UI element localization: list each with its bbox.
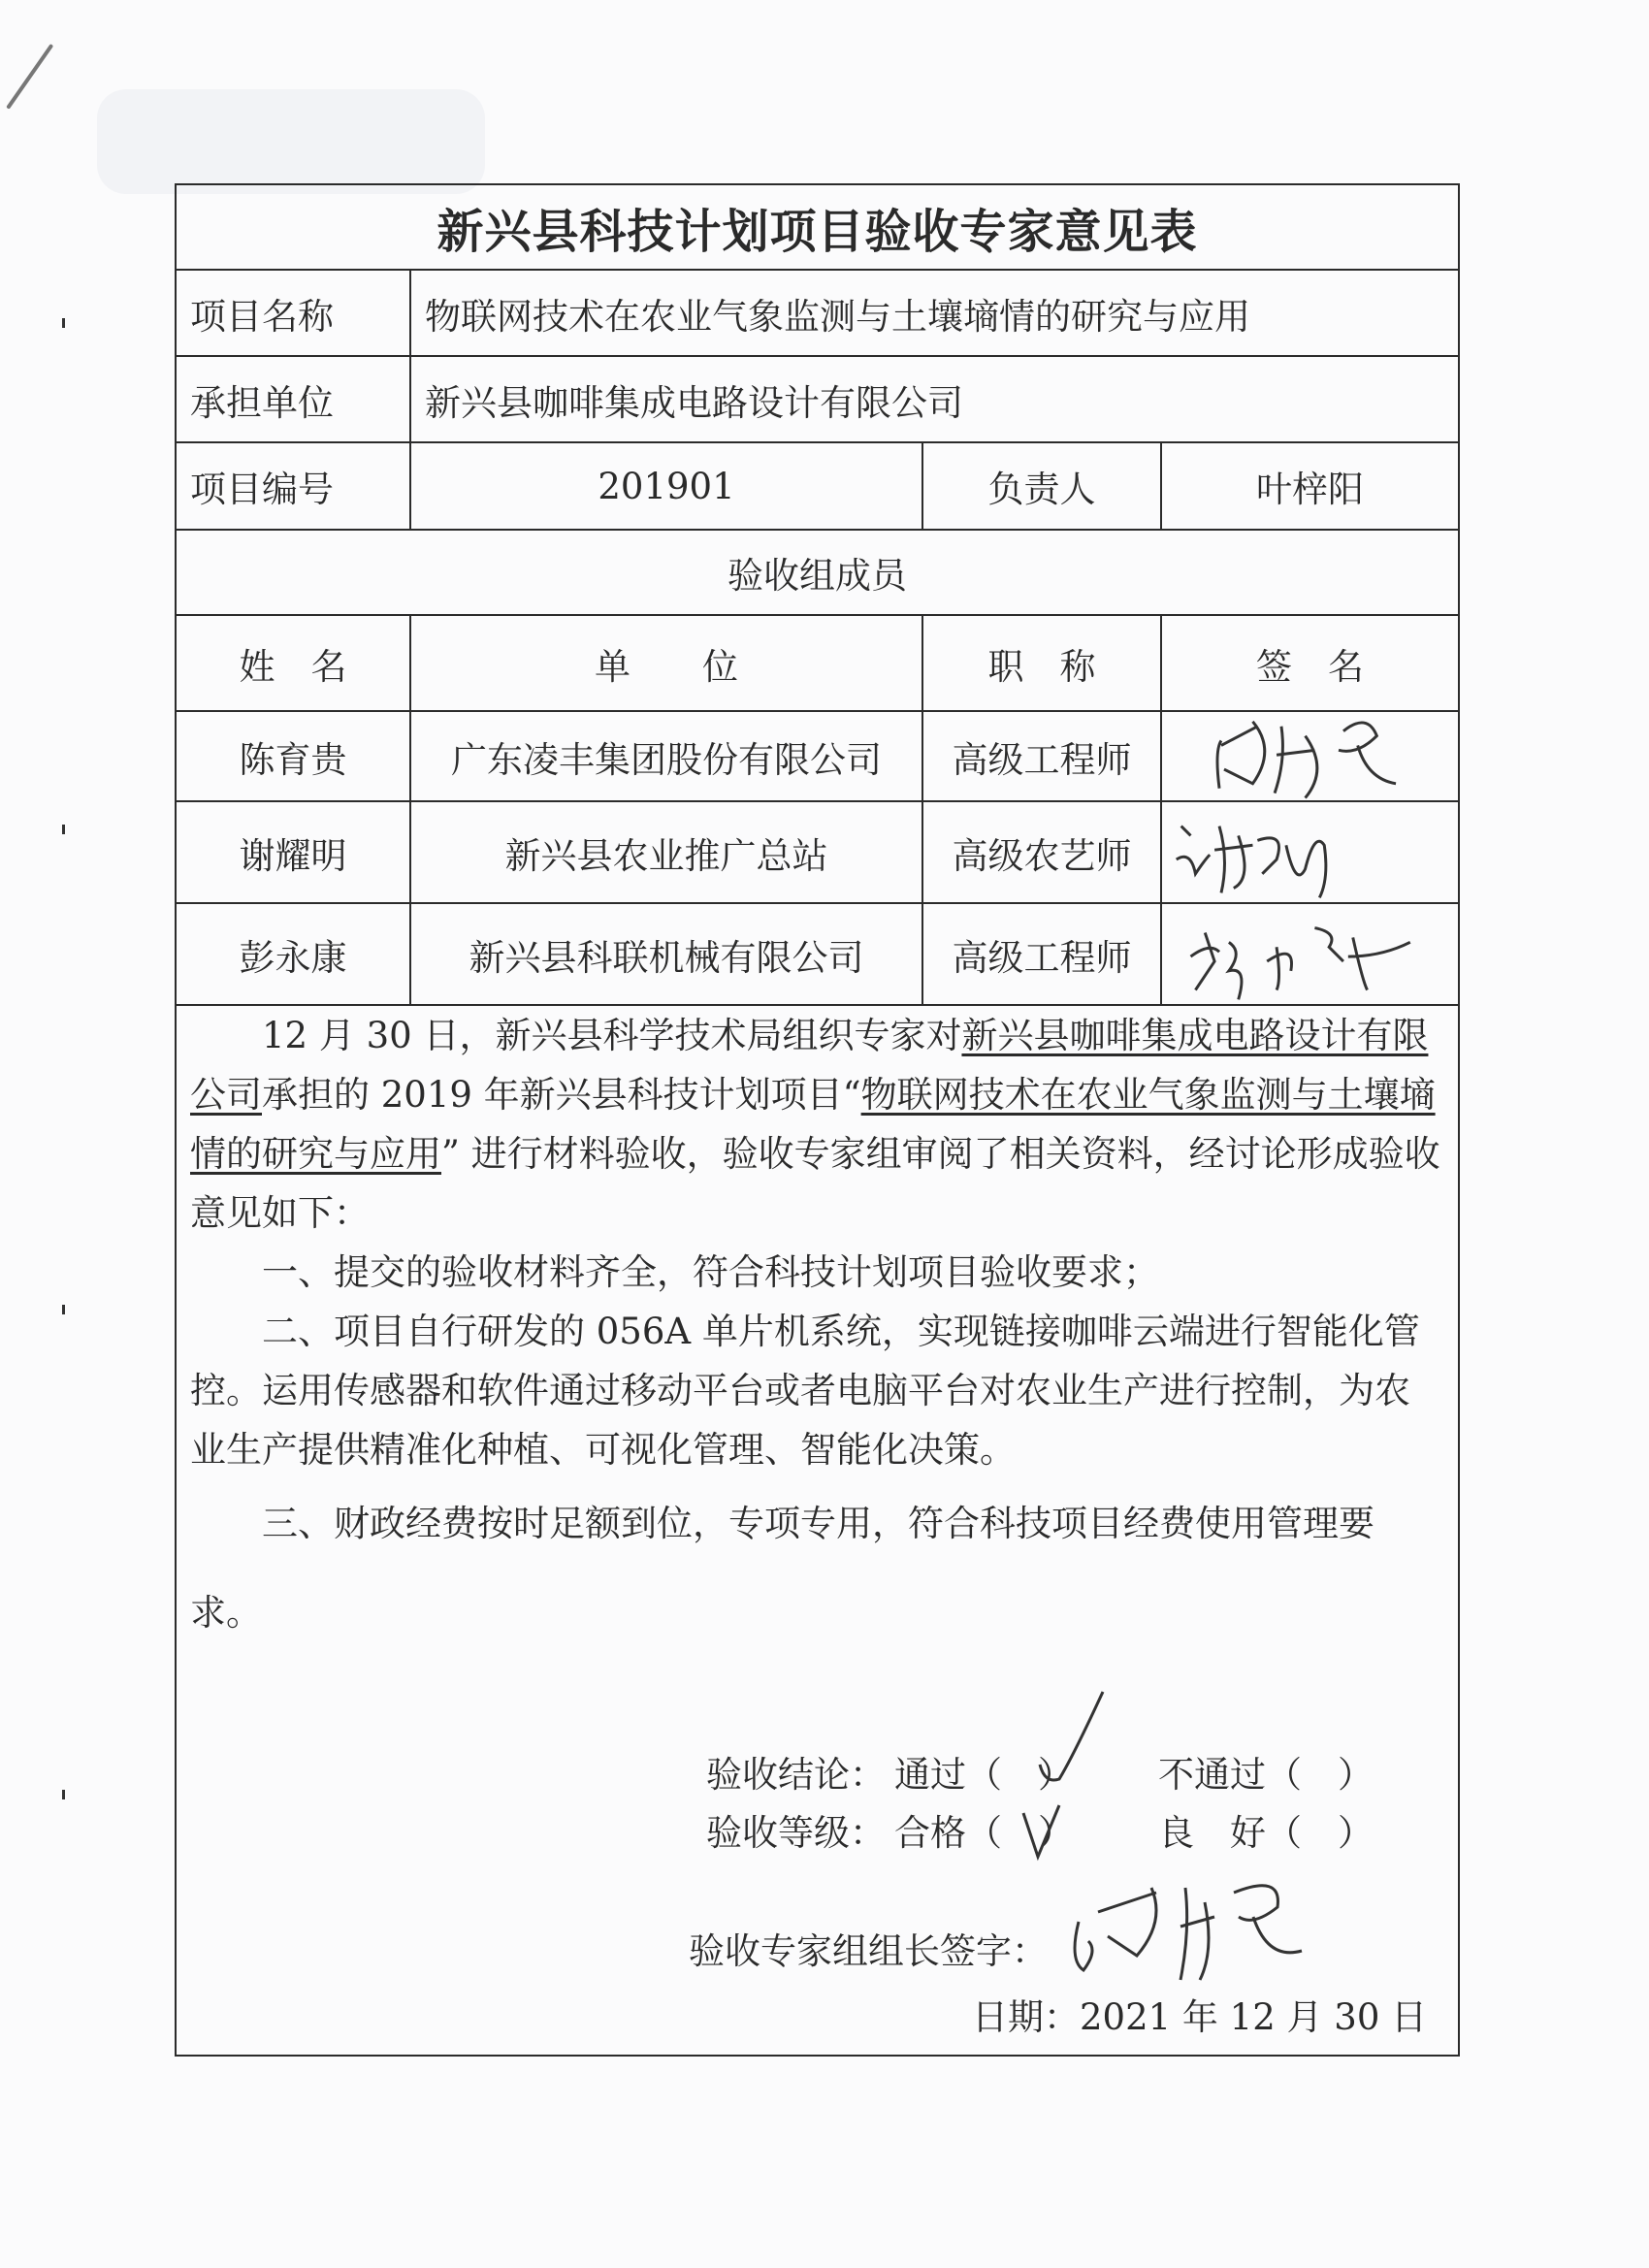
expert-opinion-form: 新兴县科技计划项目验收专家意见表 项目名称 物联网技术在农业气象监测与土壤墒情的… bbox=[175, 183, 1460, 2057]
members-title-row: 验收组成员 bbox=[177, 531, 1458, 616]
member-title: 高级工程师 bbox=[921, 712, 1160, 800]
header-title: 职 称 bbox=[921, 616, 1160, 710]
grade-label: 验收等级： bbox=[706, 1803, 886, 1856]
opinion-item-3: 三、财政经费按时足额到位，专项专用，符合科技项目经费使用管理要求。 bbox=[190, 1479, 1444, 1658]
watermark bbox=[97, 89, 485, 194]
code-row: 项目编号 201901 负责人 叶梓阳 bbox=[177, 443, 1458, 531]
handwritten-signature-icon bbox=[1162, 712, 1458, 801]
header-signature: 签 名 bbox=[1160, 616, 1458, 710]
member-row: 谢耀明 新兴县农业推广总站 高级农艺师 bbox=[177, 802, 1458, 904]
member-name: 陈育贵 bbox=[177, 712, 409, 800]
scan-mark bbox=[62, 1790, 65, 1799]
leader-value: 叶梓阳 bbox=[1160, 443, 1458, 529]
leader-label: 负责人 bbox=[921, 443, 1160, 529]
scan-mark bbox=[62, 825, 65, 834]
project-name-label: 项目名称 bbox=[177, 271, 409, 355]
conclusion-fail[interactable]: 不通过（ ） bbox=[1158, 1745, 1374, 1798]
members-section-title: 验收组成员 bbox=[177, 531, 1458, 614]
checkmark-icon bbox=[1030, 1687, 1108, 1794]
unit-label: 承担单位 bbox=[177, 357, 409, 441]
header-unit: 单 位 bbox=[409, 616, 921, 710]
member-unit: 新兴县农业推广总站 bbox=[409, 802, 921, 902]
member-row: 彭永康 新兴县科联机械有限公司 高级工程师 bbox=[177, 904, 1458, 1006]
member-signature bbox=[1160, 802, 1458, 902]
leader-signature-icon bbox=[1059, 1873, 1311, 1990]
project-name-row: 项目名称 物联网技术在农业气象监测与土壤墒情的研究与应用 bbox=[177, 271, 1458, 357]
unit-row: 承担单位 新兴县咖啡集成电路设计有限公司 bbox=[177, 357, 1458, 443]
member-signature bbox=[1160, 712, 1458, 800]
title-row: 新兴县科技计划项目验收专家意见表 bbox=[177, 185, 1458, 271]
member-title: 高级农艺师 bbox=[921, 802, 1160, 902]
members-header-row: 姓 名 单 位 职 称 签 名 bbox=[177, 616, 1458, 712]
intro-text: 12 月 30 日，新兴县科学技术局组织专家对 bbox=[262, 1015, 961, 1056]
pen-mark bbox=[6, 44, 53, 110]
handwritten-signature-icon bbox=[1162, 904, 1458, 1004]
member-unit: 广东凌丰集团股份有限公司 bbox=[409, 712, 921, 800]
intro-text: 承担的 2019 年新兴县科技计划项目“ bbox=[262, 1074, 861, 1116]
member-title: 高级工程师 bbox=[921, 904, 1160, 1004]
member-unit: 新兴县科联机械有限公司 bbox=[409, 904, 921, 1004]
unit-value: 新兴县咖啡集成电路设计有限公司 bbox=[409, 357, 1458, 441]
opinion-item-1: 一、提交的验收材料齐全，符合科技计划项目验收要求； bbox=[190, 1243, 1444, 1302]
checkmark-icon bbox=[1018, 1803, 1067, 1862]
opinion-item-2: 二、项目自行研发的 056A 单片机系统，实现链接咖啡云端进行智能化管控。运用传… bbox=[190, 1302, 1444, 1479]
project-code-label: 项目编号 bbox=[177, 443, 409, 529]
member-name: 彭永康 bbox=[177, 904, 409, 1004]
conclusion-label: 验收结论： bbox=[706, 1745, 886, 1798]
member-row: 陈育贵 广东凌丰集团股份有限公司 高级工程师 bbox=[177, 712, 1458, 802]
opinion-intro: 12 月 30 日，新兴县科学技术局组织专家对新兴县咖啡集成电路设计有限公司承担… bbox=[190, 1006, 1444, 1243]
project-name-value: 物联网技术在农业气象监测与土壤墒情的研究与应用 bbox=[409, 271, 1458, 355]
scan-mark bbox=[62, 1305, 65, 1314]
scan-mark bbox=[62, 318, 65, 328]
handwritten-signature-icon bbox=[1162, 802, 1458, 902]
form-title: 新兴县科技计划项目验收专家意见表 bbox=[177, 185, 1458, 269]
leader-sign-label: 验收专家组组长签字： bbox=[689, 1922, 1048, 1974]
header-name: 姓 名 bbox=[177, 616, 409, 710]
date: 日期：2021 年 12 月 30 日 bbox=[972, 1988, 1427, 2040]
grade-good[interactable]: 良 好（ ） bbox=[1158, 1803, 1374, 1856]
member-name: 谢耀明 bbox=[177, 802, 409, 902]
project-code-value: 201901 bbox=[409, 443, 921, 529]
member-signature bbox=[1160, 904, 1458, 1004]
